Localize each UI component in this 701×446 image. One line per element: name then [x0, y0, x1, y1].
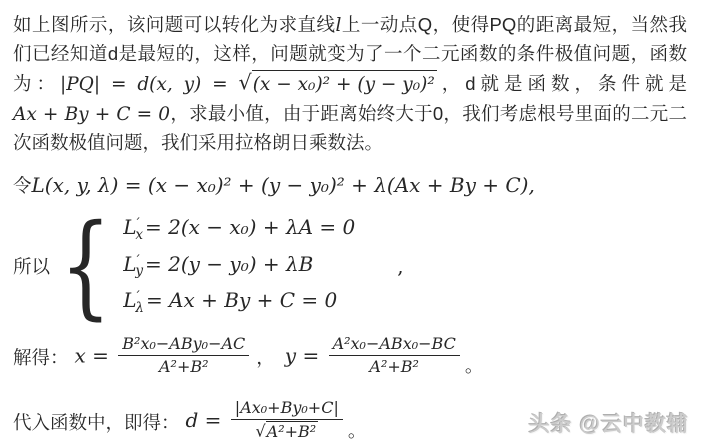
d-denominator: √A²+B² — [255, 420, 318, 442]
conclusion-label: 代入函数中，即得： — [13, 409, 180, 435]
watermark: 头条 @云中教辅 — [529, 408, 689, 438]
distance-result-formula: d = |Ax₀+By₀+C|√A²+B² — [186, 400, 346, 443]
radical-sign-icon: √ — [239, 68, 252, 99]
lagrange-formula: L(x, y, λ) = (x − x₀)² + (y − y₀)² + λ(A… — [32, 173, 535, 197]
lagrange-definition-line: 令L(x, y, λ) = (x − x₀)² + (y − y₀)² + λ(… — [13, 172, 687, 198]
lagrange-lead: 令 — [13, 175, 32, 196]
intro-text-1: 如上图所示，该问题可以转化为求直线 — [13, 14, 336, 35]
system-label: 所以 — [13, 253, 50, 279]
intro-paragraph: 如上图所示，该问题可以转化为求直线l上一动点Q，使得PQ的距离最短，当然我们已经… — [13, 11, 687, 157]
eq1-subscript: x — [135, 227, 143, 243]
conclusion-period: 。 — [348, 417, 367, 443]
d-den-radicand: A²+B² — [266, 421, 319, 442]
article-body: 如上图所示，该问题可以转化为求直线l上一动点Q，使得PQ的距离最短，当然我们已经… — [0, 0, 701, 443]
distance-function-formula: |PQ| = d(x, y) = √(x − x₀)² + (y − y₀)² — [60, 74, 437, 95]
eq3-rhs: = Ax + By + C = 0 — [146, 288, 337, 312]
d-numerator: |Ax₀+By₀+C| — [231, 398, 343, 420]
solution-period: 。 — [465, 352, 484, 378]
equation-dx: L′x= 2(x − x₀) + λA = 0 — [123, 215, 355, 243]
x-numerator: B²x₀−ABy₀−AC — [118, 334, 249, 356]
eq1-rhs: = 2(x − x₀) + λA = 0 — [145, 215, 355, 239]
d-lhs: d = — [186, 408, 228, 432]
y-denominator: A²+B² — [369, 356, 419, 377]
solution-line: 解得： x = B²x₀−ABy₀−ACA²+B² ， y = A²x₀−ABx… — [13, 336, 687, 378]
radicand: (x − x₀)² + (y − y₀)² — [252, 70, 437, 99]
eq2-rhs: = 2(y − y₀) + λB — [145, 252, 313, 276]
x-fraction: B²x₀−ABy₀−ACA²+B² — [118, 334, 249, 376]
equation-column: L′x= 2(x − x₀) + λA = 0 L′y= 2(y − y₀) +… — [123, 215, 355, 316]
d-fraction: |Ax₀+By₀+C|√A²+B² — [231, 398, 343, 441]
solution-separator: ， — [256, 344, 275, 370]
radical-sign-icon: √ — [255, 421, 265, 441]
eq3-subscript: λ — [135, 300, 144, 316]
equation-dlambda: L′λ= Ax + By + C = 0 — [123, 288, 355, 316]
y-solution: y = A²x₀−ABx₀−BCA²+B² — [285, 336, 463, 378]
equation-system: 所以 { L′x= 2(x − x₀) + λA = 0 L′y= 2(y − … — [13, 215, 687, 316]
y-numerator: A²x₀−ABx₀−BC — [329, 334, 460, 356]
system-trailing-comma: , — [397, 254, 403, 278]
constraint-formula: Ax + By + C = 0 — [13, 104, 170, 125]
x-solution: x = B²x₀−ABy₀−ACA²+B² — [75, 336, 253, 378]
equation-dy: L′y= 2(y − y₀) + λB — [123, 252, 355, 280]
square-root: √(x − x₀)² + (y − y₀)² — [239, 68, 437, 99]
solve-label: 解得： — [13, 344, 69, 370]
intro-text-3: ，d就是函数，条件就是 — [437, 73, 687, 94]
y-fraction: A²x₀−ABx₀−BCA²+B² — [329, 334, 460, 376]
x-lhs: x = — [75, 344, 116, 368]
formula-lead: |PQ| = d(x, y) = — [60, 74, 239, 95]
y-lhs: y = — [285, 344, 326, 368]
x-denominator: A²+B² — [159, 356, 209, 377]
eq2-subscript: y — [135, 263, 143, 279]
